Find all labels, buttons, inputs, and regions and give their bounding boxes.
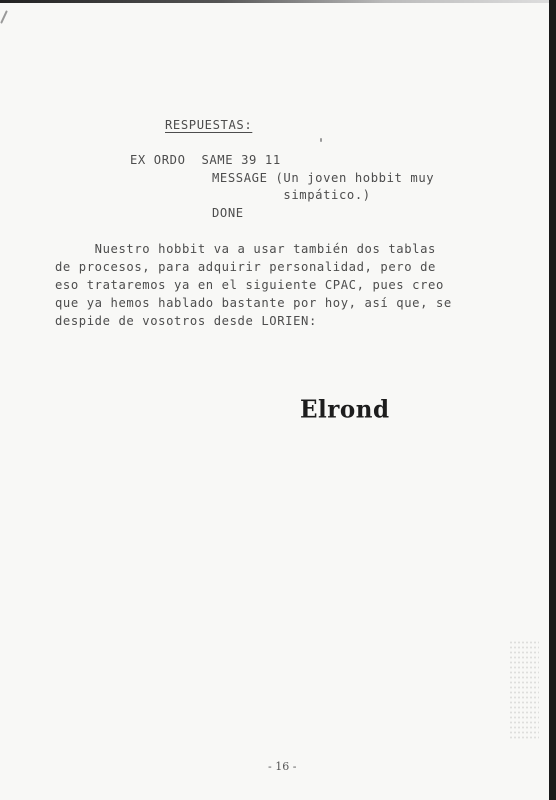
signature: Elrond <box>300 395 390 423</box>
command-label: EX ORDO <box>130 153 186 167</box>
command-line-3: simpático.) <box>212 188 371 202</box>
paragraph-line-1: Nuestro hobbit va a usar también dos tab… <box>55 242 436 256</box>
scan-speck <box>320 138 322 142</box>
command-line-2: MESSAGE (Un joven hobbit muy <box>212 171 434 185</box>
paragraph-line-5: despide de vosotros desde LORIEN: <box>55 314 317 328</box>
scan-right-edge <box>549 0 556 800</box>
scan-top-edge <box>0 0 549 3</box>
scan-mark <box>0 10 8 24</box>
command-line-4: DONE <box>212 206 244 220</box>
scan-noise <box>509 640 539 740</box>
paragraph-line-4: que ya hemos hablado bastante por hoy, a… <box>55 296 452 310</box>
paragraph-line-3: eso trataremos ya en el siguiente CPAC, … <box>55 278 444 292</box>
command-text: SAME 39 11 <box>201 153 280 167</box>
page-number: - 16 - <box>268 760 296 773</box>
section-heading: RESPUESTAS: <box>165 118 252 132</box>
paragraph-line-2: de procesos, para adquirir personalidad,… <box>55 260 436 274</box>
command-line-1: EX ORDO SAME 39 11 <box>130 153 281 167</box>
document-page: RESPUESTAS: EX ORDO SAME 39 11 MESSAGE (… <box>0 0 549 800</box>
